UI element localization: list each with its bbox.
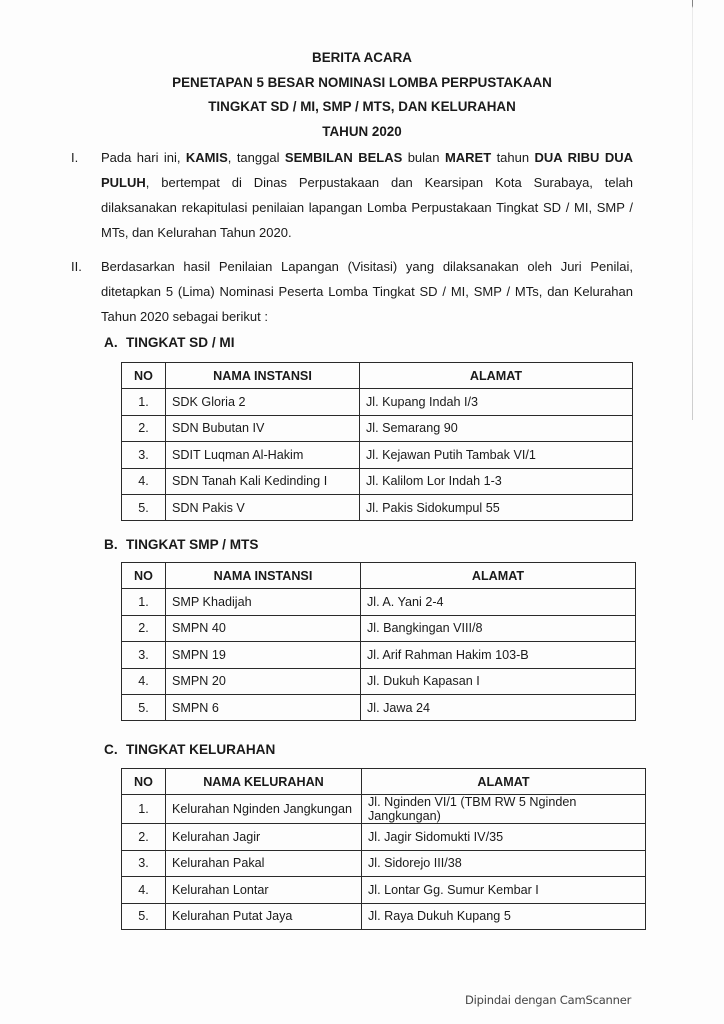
cell-name: Kelurahan Lontar [166,877,362,903]
cell-name: Kelurahan Putat Jaya [166,903,362,929]
table-row: 4.SMPN 20Jl. Dukuh Kapasan I [122,668,636,694]
title-line-4: TAHUN 2020 [0,120,724,145]
cell-address: Jl. Lontar Gg. Sumur Kembar I [362,877,646,903]
section-heading-sd-mi: A.TINGKAT SD / MI [104,335,235,350]
cell-name: SMPN 20 [166,668,361,694]
cell-address: Jl. Arif Rahman Hakim 103-B [361,642,636,668]
cell-name: SMP Khadijah [166,589,361,615]
cell-name: SDIT Luqman Al-Hakim [166,442,360,468]
cell-no: 2. [122,415,166,441]
cell-address: Jl. Pakis Sidokumpul 55 [360,494,633,520]
column-header-name: NAMA INSTANSI [166,563,361,589]
cell-no: 1. [122,795,166,824]
table-row: 5.Kelurahan Putat JayaJl. Raya Dukuh Kup… [122,903,646,929]
table-row: 2.SMPN 40Jl. Bangkingan VIII/8 [122,615,636,641]
cell-name: SDN Tanah Kali Kedinding I [166,468,360,494]
cell-address: Jl. Sidorejo III/38 [362,850,646,876]
paragraph-text: Berdasarkan hasil Penilaian Lapangan (Vi… [101,254,633,329]
cell-address: Jl. Semarang 90 [360,415,633,441]
cell-address: Jl. Kejawan Putih Tambak VI/1 [360,442,633,468]
text-segment: bulan [402,150,445,165]
cell-name: SMPN 6 [166,694,361,720]
cell-address: Jl. Nginden VI/1 (TBM RW 5 Nginden Jangk… [362,795,646,824]
cell-no: 3. [122,642,166,668]
section-title: TINGKAT SD / MI [126,335,235,350]
cell-no: 4. [122,877,166,903]
table-row: 3.Kelurahan PakalJl. Sidorejo III/38 [122,850,646,876]
cell-name: SMPN 40 [166,615,361,641]
title-line-2: PENETAPAN 5 BESAR NOMINASI LOMBA PERPUST… [0,71,724,96]
section-title: TINGKAT SMP / MTS [126,537,258,552]
table-smp-mts: NONAMA INSTANSIALAMAT1.SMP KhadijahJl. A… [121,562,636,721]
column-header-name: NAMA KELURAHAN [166,769,362,795]
column-header-no: NO [122,769,166,795]
column-header-no: NO [122,563,166,589]
table-row: 1.Kelurahan Nginden JangkunganJl. Nginde… [122,795,646,824]
cell-address: Jl. Jagir Sidomukti IV/35 [362,824,646,850]
cell-name: Kelurahan Jagir [166,824,362,850]
text-segment: tahun [491,150,534,165]
cell-name: SMPN 19 [166,642,361,668]
bold-text: KAMIS [186,150,228,165]
cell-address: Jl. Bangkingan VIII/8 [361,615,636,641]
cell-name: Kelurahan Pakal [166,850,362,876]
cell-no: 5. [122,903,166,929]
column-header-no: NO [122,363,166,389]
title-line-1: BERITA ACARA [0,46,724,71]
cell-no: 3. [122,850,166,876]
table-row: 5.SMPN 6Jl. Jawa 24 [122,694,636,720]
paragraph-text: Pada hari ini, KAMIS, tanggal SEMBILAN B… [101,145,633,245]
paragraph-1: I. Pada hari ini, KAMIS, tanggal SEMBILA… [71,145,633,245]
cell-no: 4. [122,668,166,694]
table-row: 1.SMP KhadijahJl. A. Yani 2-4 [122,589,636,615]
paragraph-number: I. [71,145,78,170]
cell-no: 4. [122,468,166,494]
table-row: 3.SMPN 19Jl. Arif Rahman Hakim 103-B [122,642,636,668]
cell-name: Kelurahan Nginden Jangkungan [166,795,362,824]
section-title: TINGKAT KELURAHAN [126,742,275,757]
bold-text: MARET [445,150,491,165]
cell-no: 5. [122,694,166,720]
table-row: 4.Kelurahan LontarJl. Lontar Gg. Sumur K… [122,877,646,903]
table-row: 1.SDK Gloria 2Jl. Kupang Indah I/3 [122,389,633,415]
table-row: 2.SDN Bubutan IVJl. Semarang 90 [122,415,633,441]
cell-no: 2. [122,824,166,850]
section-heading-kelurahan: C.TINGKAT KELURAHAN [104,742,275,757]
cell-no: 1. [122,589,166,615]
cell-name: SDN Bubutan IV [166,415,360,441]
text-segment: Pada hari ini, [101,150,186,165]
column-header-name: NAMA INSTANSI [166,363,360,389]
cell-address: Jl. Kalilom Lor Indah 1-3 [360,468,633,494]
paragraph-number: II. [71,254,82,279]
cell-address: Jl. Jawa 24 [361,694,636,720]
camscanner-watermark: Dipindai dengan CamScanner [465,993,631,1007]
cell-address: Jl. Raya Dukuh Kupang 5 [362,903,646,929]
table-row: 5.SDN Pakis VJl. Pakis Sidokumpul 55 [122,494,633,520]
text-segment: , bertempat di Dinas Perpustakaan dan Ke… [101,175,633,240]
paragraph-2: II. Berdasarkan hasil Penilaian Lapangan… [71,254,633,329]
bold-text: SEMBILAN BELAS [285,150,402,165]
table-header-row: NONAMA INSTANSIALAMAT [122,563,636,589]
table-kelurahan: NONAMA KELURAHANALAMAT1.Kelurahan Nginde… [121,768,646,930]
table-row: 2.Kelurahan JagirJl. Jagir Sidomukti IV/… [122,824,646,850]
column-header-address: ALAMAT [361,563,636,589]
text-segment: , tanggal [228,150,285,165]
cell-address: Jl. Kupang Indah I/3 [360,389,633,415]
cell-name: SDK Gloria 2 [166,389,360,415]
cell-no: 3. [122,442,166,468]
table-sd-mi: NONAMA INSTANSIALAMAT1.SDK Gloria 2Jl. K… [121,362,633,521]
cell-name: SDN Pakis V [166,494,360,520]
cell-address: Jl. Dukuh Kapasan I [361,668,636,694]
cell-address: Jl. A. Yani 2-4 [361,589,636,615]
table-header-row: NONAMA KELURAHANALAMAT [122,769,646,795]
column-header-address: ALAMAT [360,363,633,389]
section-heading-smp-mts: B.TINGKAT SMP / MTS [104,537,258,552]
cell-no: 5. [122,494,166,520]
cell-no: 2. [122,615,166,641]
table-row: 4.SDN Tanah Kali Kedinding IJl. Kalilom … [122,468,633,494]
table-row: 3.SDIT Luqman Al-HakimJl. Kejawan Putih … [122,442,633,468]
section-letter: B. [104,537,126,552]
title-line-3: TINGKAT SD / MI, SMP / MTS, DAN KELURAHA… [0,95,724,120]
text-segment: Berdasarkan hasil Penilaian Lapangan (Vi… [101,259,633,324]
table-header-row: NONAMA INSTANSIALAMAT [122,363,633,389]
section-letter: C. [104,742,126,757]
section-letter: A. [104,335,126,350]
document-title: BERITA ACARA PENETAPAN 5 BESAR NOMINASI … [0,46,724,144]
column-header-address: ALAMAT [362,769,646,795]
cell-no: 1. [122,389,166,415]
